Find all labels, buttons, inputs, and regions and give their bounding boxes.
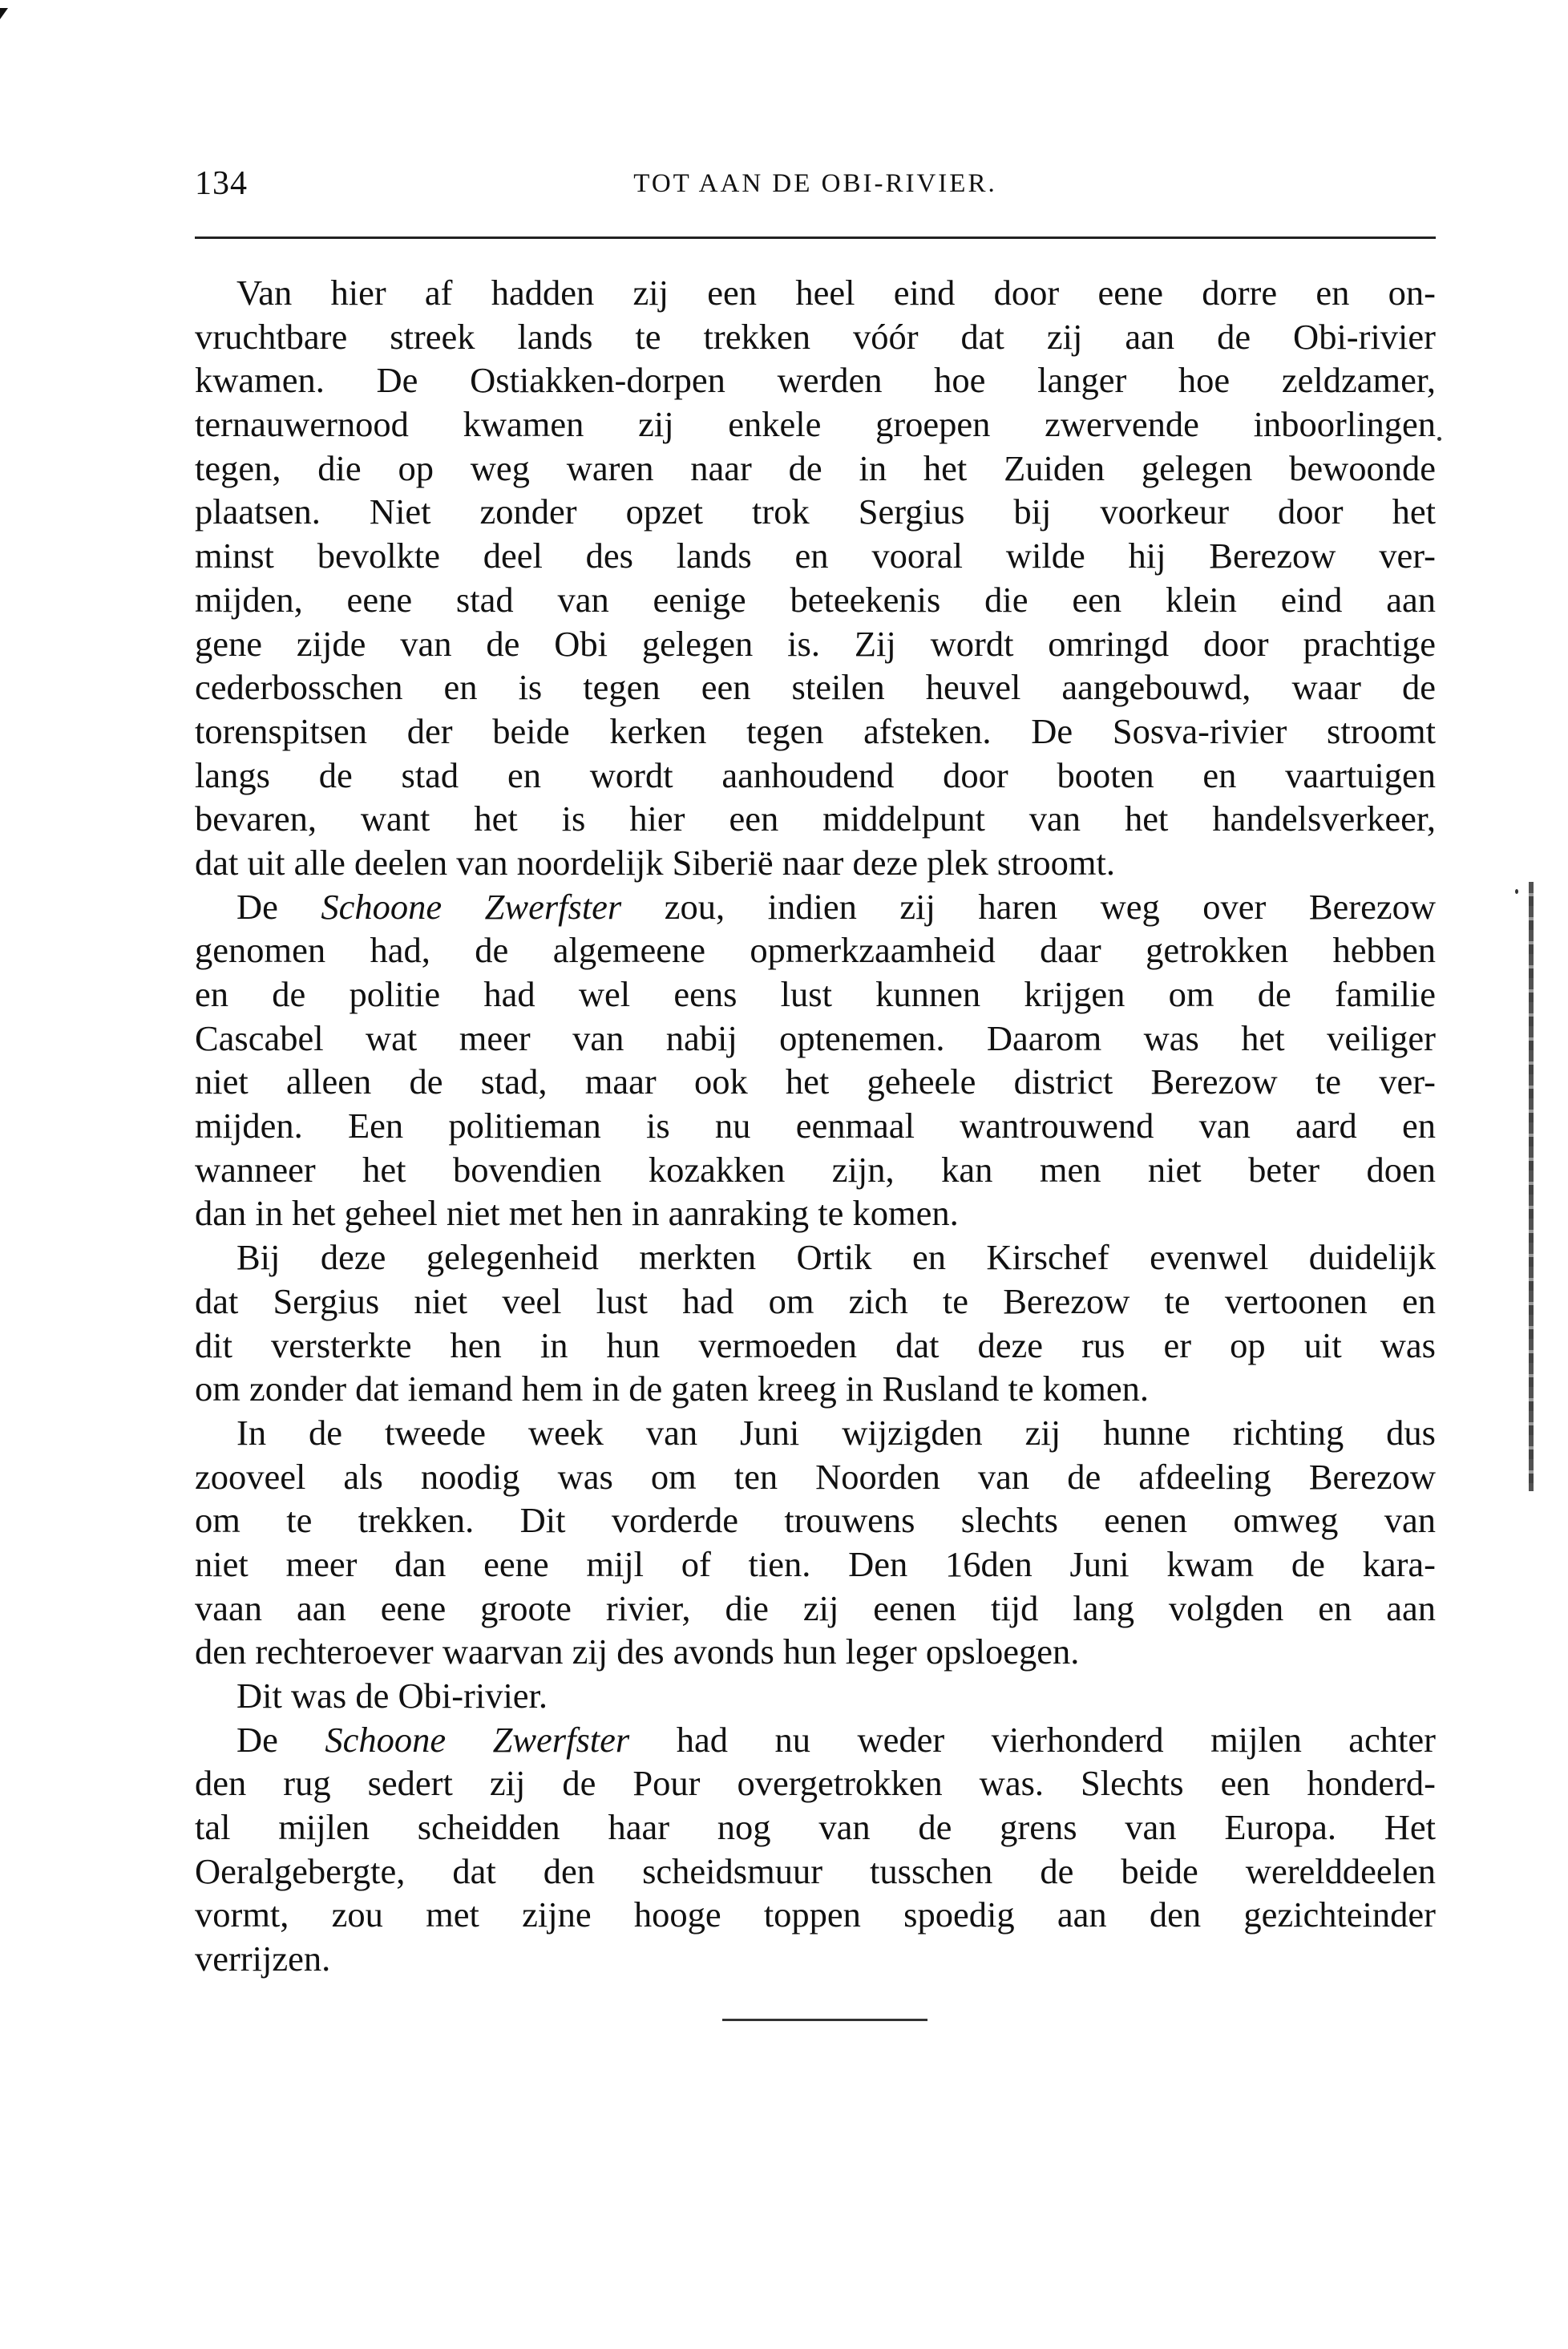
text-line: dat Sergius niet veel lust had om zich t…	[195, 1280, 1436, 1324]
text-line: om te trekken. Dit vorderde trouwens sle…	[195, 1498, 1436, 1542]
text-line: wanneer het bovendien kozakken zijn, kan…	[195, 1148, 1436, 1192]
text-line: genomen had, de algemeene opmerkzaamheid…	[195, 928, 1436, 972]
text-line: kwamen. De Ostiakken-dorpen werden hoe l…	[195, 358, 1436, 402]
running-title: TOT AAN DE OBI-RIVIER.	[195, 169, 1436, 199]
ship-name-italic: Schoone Zwerfster	[321, 887, 621, 927]
text-line: zooveel als noodig was om ten Noorden va…	[195, 1455, 1436, 1499]
scan-dust	[1515, 889, 1518, 894]
text-line: De Schoone Zwerfster had nu weder vierho…	[195, 1718, 1436, 1762]
text-line: verrijzen.	[195, 1937, 1436, 1981]
page-header: 134 TOT AAN DE OBI-RIVIER.	[195, 164, 1436, 204]
text-line: vaan aan eene groote rivier, die zij een…	[195, 1587, 1436, 1631]
text-line: cederbosschen en is tegen een steilen he…	[195, 665, 1436, 710]
text-fragment: De	[236, 1720, 325, 1760]
text-line: De Schoone Zwerfster zou, indien zij har…	[195, 885, 1436, 929]
text-line: tal mijlen scheidden haar nog van de gre…	[195, 1805, 1436, 1850]
text-line: plaatsen. Niet zonder opzet trok Sergius…	[195, 490, 1436, 534]
text-line: Oeralgebergte, dat den scheidsmuur tussc…	[195, 1850, 1436, 1894]
text-line: mijden. Een politieman is nu eenmaal wan…	[195, 1104, 1436, 1148]
text-fragment: zou, indien zij haren weg over Berezow	[621, 887, 1436, 927]
text-line: mijden, eene stad van eenige beteekenis …	[195, 578, 1436, 622]
text-line: ternauwernood kwamen zij enkele groepen …	[195, 402, 1436, 447]
text-line: den rug sedert zij de Pour overgetrokken…	[195, 1761, 1436, 1805]
text-line: en de politie had wel eens lust kunnen k…	[195, 972, 1436, 1017]
scan-corner-mark	[0, 8, 8, 19]
text-line: dit versterkte hen in hun vermoeden dat …	[195, 1324, 1436, 1368]
text-line: minst bevolkte deel des lands en vooral …	[195, 534, 1436, 578]
text-line: In de tweede week van Juni wijzigden zij…	[195, 1411, 1436, 1455]
text-fragment: had nu weder vierhonderd mijlen achter	[629, 1720, 1436, 1760]
text-line: niet meer dan eene mijl of tien. Den 16d…	[195, 1542, 1436, 1587]
text-line: vruchtbare streek lands te trekken vóór …	[195, 315, 1436, 359]
text-line: torenspitsen der beide kerken tegen afst…	[195, 710, 1436, 754]
scan-edge-bleed	[1529, 882, 1534, 1491]
text-line: gene zijde van de Obi gelegen is. Zij wo…	[195, 622, 1436, 666]
text-line: Van hier af hadden zij een heel eind doo…	[195, 271, 1436, 315]
body-text: Van hier af hadden zij een heel eind doo…	[195, 271, 1436, 1981]
scan-dust	[1437, 437, 1441, 441]
header-rule	[195, 237, 1436, 239]
text-line: tegen, die op weg waren naar de in het Z…	[195, 447, 1436, 491]
text-line: vormt, zou met zijne hooge toppen spoedi…	[195, 1893, 1436, 1937]
text-line: dan in het geheel niet met hen in aanrak…	[195, 1191, 1436, 1235]
text-line: om zonder dat iemand hem in de gaten kre…	[195, 1367, 1436, 1411]
text-fragment: De	[236, 887, 321, 927]
text-line: Bij deze gelegenheid merkten Ortik en Ki…	[195, 1235, 1436, 1280]
text-line: niet alleen de stad, maar ook het geheel…	[195, 1060, 1436, 1104]
text-line: den rechteroever waarvan zij des avonds …	[195, 1630, 1436, 1674]
text-line: Cascabel wat meer van nabij optenemen. D…	[195, 1017, 1436, 1061]
text-line: langs de stad en wordt aanhoudend door b…	[195, 754, 1436, 798]
text-line: bevaren, want het is hier een middelpunt…	[195, 797, 1436, 841]
ship-name-italic: Schoone Zwerfster	[325, 1720, 629, 1760]
text-line: Dit was de Obi-rivier.	[195, 1674, 1436, 1718]
text-line: dat uit alle deelen van noordelijk Siber…	[195, 841, 1436, 885]
end-of-chapter-rule	[722, 2019, 927, 2021]
